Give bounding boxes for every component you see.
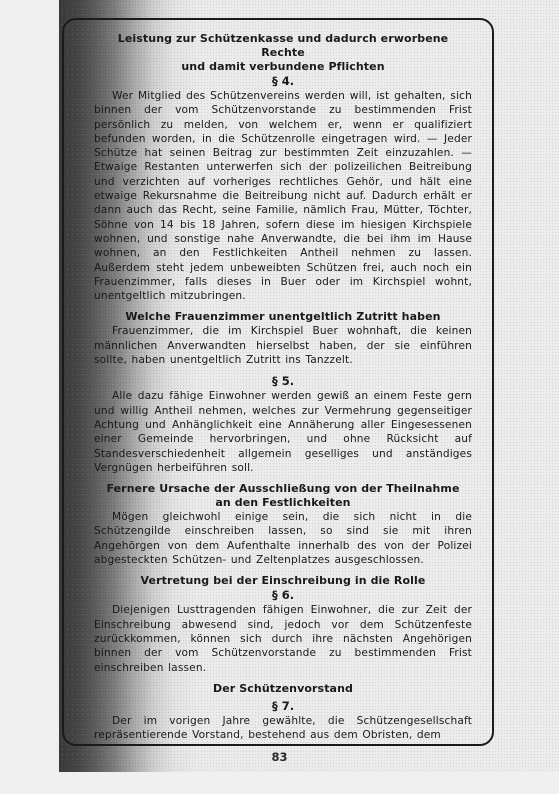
scan-bottom-margin (0, 772, 559, 794)
heading-line: Der Schützenvorstand (94, 682, 472, 696)
paragraph-frauenzimmer: Frauenzimmer, die im Kirchspiel Buer woh… (94, 324, 472, 367)
paragraph-ausschliessung: Mögen gleichwohl einige sein, die sich n… (94, 510, 472, 567)
page-number: 83 (0, 750, 559, 764)
heading-line: Vertretung bei der Einschreibung in die … (94, 574, 472, 588)
heading-vorstand: Der Schützenvorstand (94, 682, 472, 696)
paragraph-section-5: Alle dazu fähige Einwohner werden gewiß … (94, 389, 472, 475)
heading-line: an den Festlichkeiten (94, 496, 472, 510)
section-4: § 4. (94, 74, 472, 89)
heading-line: Welche Frauenzimmer unentgeltlich Zutrit… (94, 310, 472, 324)
page-content: Leistung zur Schützenkasse und dadurch e… (94, 32, 472, 742)
heading-ausschliessung: Fernere Ursache der Ausschließung von de… (94, 482, 472, 510)
heading-leistung: Leistung zur Schützenkasse und dadurch e… (94, 32, 472, 74)
section-6: § 6. (94, 588, 472, 603)
heading-line: und damit verbundene Pflichten (94, 60, 472, 74)
paragraph-section-6: Diejenigen Lusttragenden fähigen Einwohn… (94, 603, 472, 674)
heading-vertretung: Vertretung bei der Einschreibung in die … (94, 574, 472, 588)
paragraph-section-7: Der im vorigen Jahre gewählte, die Schüt… (94, 714, 472, 743)
section-5: § 5. (94, 374, 472, 389)
heading-line: Fernere Ursache der Ausschließung von de… (94, 482, 472, 496)
heading-line: Leistung zur Schützenkasse und dadurch e… (94, 32, 472, 60)
section-7: § 7. (94, 699, 472, 714)
paragraph-section-4: Wer Mitglied des Schützenvereins werden … (94, 89, 472, 303)
scan-margin (0, 0, 60, 794)
heading-frauenzimmer: Welche Frauenzimmer unentgeltlich Zutrit… (94, 310, 472, 324)
